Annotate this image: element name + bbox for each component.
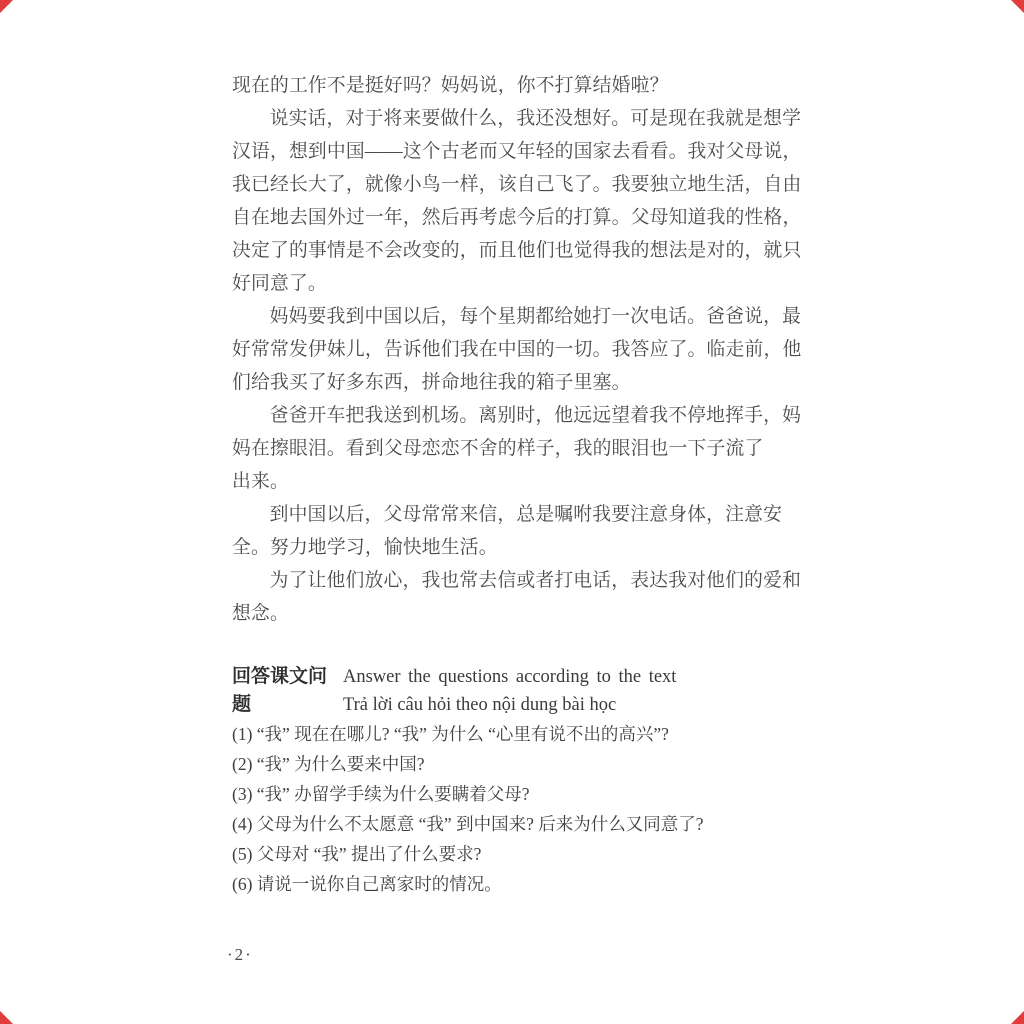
question-item: (2) “我” 为什么要来中国? xyxy=(232,749,832,779)
lesson-text-line: 好常常发伊妹儿，告诉他们我在中国的一切。我答应了。临走前，他 xyxy=(232,333,798,366)
lesson-text-line: 为了让他们放心，我也常去信或者打电话，表达我对他们的爱和 xyxy=(232,564,798,597)
textbook-page-scan: { "page": { "background": "#ffffff", "co… xyxy=(0,0,1024,1024)
lesson-text-line: 好同意了。 xyxy=(232,267,798,300)
lesson-text: 现在的工作不是挺好吗？妈妈说，你不打算结婚啦？ 说实话，对于将来要做什么，我还没… xyxy=(232,69,798,630)
corner-mark-bottom-right xyxy=(1011,1011,1024,1024)
question-item: (1) “我” 现在在哪儿? “我” 为什么 “心里有说不出的高兴”? xyxy=(232,719,832,749)
lesson-text-line: 们给我买了好多东西，拼命地往我的箱子里塞。 xyxy=(232,366,798,399)
question-list: (1) “我” 现在在哪儿? “我” 为什么 “心里有说不出的高兴”? (2) … xyxy=(232,719,832,899)
lesson-text-line: 妈妈要我到中国以后，每个星期都给她打一次电话。爸爸说，最 xyxy=(232,300,798,333)
lesson-text-line: 自在地去国外过一年，然后再考虑今后的打算。父母知道我的性格， xyxy=(232,201,798,234)
exercise-title-chinese: 回答课文问题 xyxy=(232,663,343,719)
lesson-text-line: 全。努力地学习，愉快地生活。 xyxy=(232,531,798,564)
lesson-text-line: 出来。 xyxy=(232,465,798,498)
lesson-text-line: 到中国以后，父母常常来信，总是嘱咐我要注意身体，注意安 xyxy=(232,498,798,531)
lesson-text-line: 爸爸开车把我送到机场。离别时，他远远望着我不停地挥手，妈 xyxy=(232,399,798,432)
lesson-text-line: 汉语，想到中国——这个古老而又年轻的国家去看看。我对父母说， xyxy=(232,135,798,168)
lesson-text-line: 我已经长大了，就像小鸟一样，该自己飞了。我要独立地生活，自由 xyxy=(232,168,798,201)
question-item: (4) 父母为什么不太愿意 “我” 到中国来? 后来为什么又同意了? xyxy=(232,809,832,839)
question-item: (5) 父母对 “我” 提出了什么要求? xyxy=(232,839,832,869)
lesson-text-line: 决定了的事情是不会改变的，而且他们也觉得我的想法是对的，就只 xyxy=(232,234,798,267)
exercise-title-translations: Answer the questions according to the te… xyxy=(343,663,676,719)
corner-mark-top-right xyxy=(1011,0,1024,13)
exercise-section-header: 回答课文问题 Answer the questions according to… xyxy=(232,663,676,719)
exercise-title-vietnamese: Trả lời câu hỏi theo nội dung bài học xyxy=(343,691,676,719)
lesson-text-line: 想念。 xyxy=(232,597,798,630)
exercise-title-english: Answer the questions according to the te… xyxy=(343,663,676,691)
question-item: (3) “我” 办留学手续为什么要瞒着父母? xyxy=(232,779,832,809)
lesson-text-line: 现在的工作不是挺好吗？妈妈说，你不打算结婚啦？ xyxy=(232,69,798,102)
question-item: (6) 请说一说你自己离家时的情况。 xyxy=(232,869,832,899)
corner-mark-top-left xyxy=(0,0,13,13)
lesson-text-line: 说实话，对于将来要做什么，我还没想好。可是现在我就是想学 xyxy=(232,102,798,135)
lesson-text-line: 妈在擦眼泪。看到父母恋恋不舍的样子，我的眼泪也一下子流了 xyxy=(232,432,798,465)
corner-mark-bottom-left xyxy=(0,1011,13,1024)
page-number: ·2· xyxy=(227,945,253,965)
